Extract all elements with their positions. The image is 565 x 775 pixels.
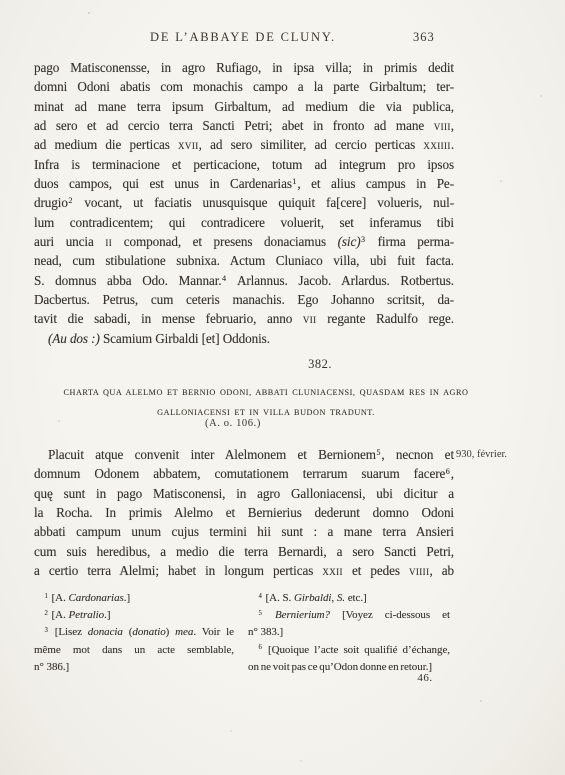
text-line: la Rocha. In primis Alelmo et Bernierius… <box>34 503 454 522</box>
text-line: pago Matisconensse, in agro Rufiago, in … <box>34 58 454 77</box>
text-line: même mot dans un acte semblable, <box>34 642 234 659</box>
text-line: domni Odoni abatis com monachis campo a … <box>34 77 454 96</box>
text-line: 6 [Quoique l’acte soit qualifié d’échang… <box>248 642 450 659</box>
text-line: drugio2 vocant, ut faciatis unusquisque … <box>34 193 454 212</box>
text-line: S. domnus abba Odo. Mannar.4 Arlannus. J… <box>34 271 454 290</box>
running-head: DE L’ABBAYE DE CLUNY. <box>34 30 452 45</box>
text-line: nead, cum stibulatione subnixa. Actum Cl… <box>34 251 454 270</box>
signature-mark: 46. <box>405 672 445 684</box>
text-line: ad medium die perticas xvii, ad sero sim… <box>34 135 454 154</box>
charter-382-text: Placuit atque convenit inter Alelmonem e… <box>34 445 454 580</box>
text-line: Dacbertus. Petrus, cum ceteris manachis.… <box>34 290 454 309</box>
text-line: 2 [A. Petralio.] <box>34 607 234 624</box>
page-number: 363 <box>413 30 435 45</box>
section-number: 382. <box>111 357 529 372</box>
text-line: Placuit atque convenit inter Alelmonem e… <box>34 445 454 464</box>
text-line: n° 383.] <box>248 624 450 641</box>
text-line: minat ad mane terra ipsum Girbaltum, ad … <box>34 97 454 116</box>
text-line: a certio terra Alelmi; habet in longum p… <box>34 561 454 580</box>
text-line: quę sunt in pago Matisconensi, in agro G… <box>34 484 454 503</box>
paper-texture <box>88 12 90 14</box>
text-line: duos campos, qui est unus in Cardenarias… <box>34 174 454 193</box>
text-line: lum contradicentem; qui contradicere vol… <box>34 213 454 232</box>
charter-381-text: pago Matisconensse, in agro Rufiago, in … <box>34 58 454 348</box>
charter-title-line: CHARTA QUA ALELMO ET BERNIO ODONI, ABBAT… <box>57 383 475 403</box>
source-reference: (A. o. 106.) <box>24 418 442 429</box>
text-line: 4 [A. S. Girbaldi, S. etc.] <box>248 590 450 607</box>
text-line: cum suis heredibus, a medio die terra Be… <box>34 542 454 561</box>
text-line: 1 [A. Cardonarias.] <box>34 590 234 607</box>
footnote-right-column: 4 [A. S. Girbaldi, S. etc.]5 Bernierium?… <box>248 590 450 676</box>
footnote-left-column: 1 [A. Cardonarias.]2 [A. Petralio.]3 [Li… <box>34 590 234 676</box>
text-line: (Au dos :) Scamium Girbaldi [et] Oddonis… <box>34 329 454 348</box>
text-line: domnum Odonem abbatem, comutationem terr… <box>34 464 454 483</box>
text-line: n° 386.] <box>34 659 234 676</box>
text-line: abbati campum unum cujus termini hii sun… <box>34 522 454 541</box>
text-line: tavit die sabadi, in mense februario, an… <box>34 309 454 328</box>
charter-title: CHARTA QUA ALELMO ET BERNIO ODONI, ABBAT… <box>57 383 475 423</box>
text-line: auri uncia ii componad, et presens donac… <box>34 232 454 251</box>
text-line: 5 Bernierium? [Voyez ci-dessous et <box>248 607 450 624</box>
book-page: DE L’ABBAYE DE CLUNY. 363 pago Matiscone… <box>0 0 565 775</box>
text-line: ad sero et ad cercio terra Sancti Petri;… <box>34 116 454 135</box>
text-line: 3 [Lisez donacia (donatio) mea. Voir le <box>34 624 234 641</box>
text-line: Infra is terminacione et perticacione, t… <box>34 155 454 174</box>
margin-date: 930, février. <box>456 449 556 460</box>
